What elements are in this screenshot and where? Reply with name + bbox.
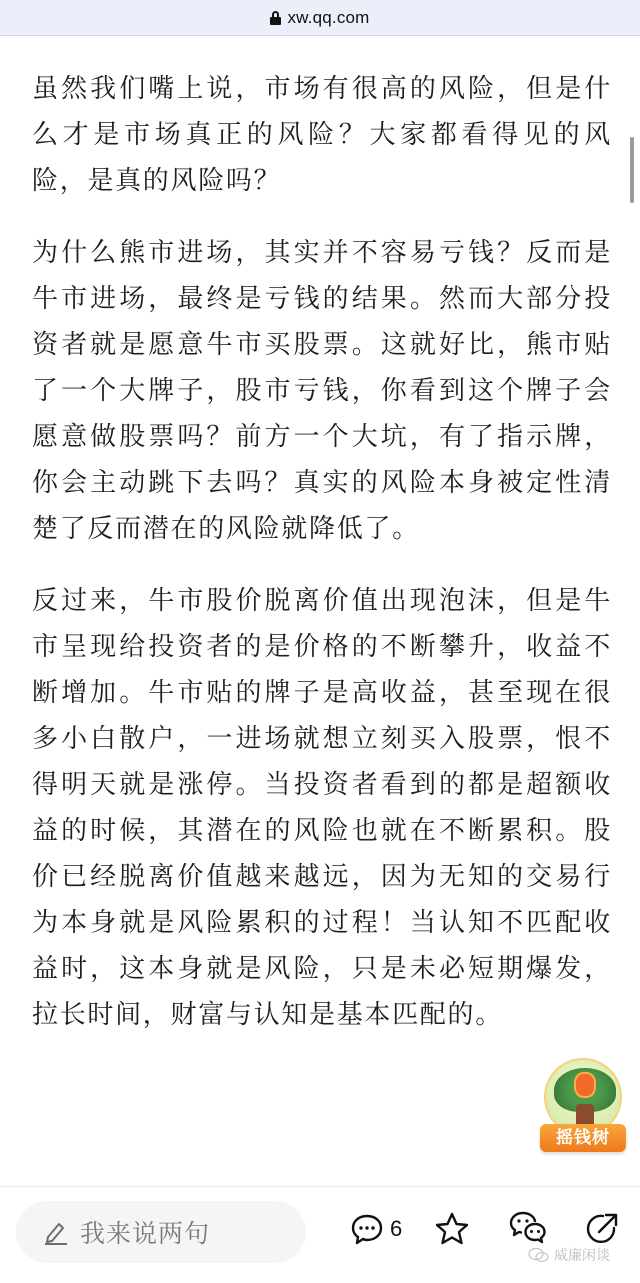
bottom-action-bar: 我来说两句 6 威廉闲谈 — [0, 1186, 640, 1283]
browser-url-bar[interactable]: xw.qq.com — [0, 0, 640, 36]
article-body: 虽然我们嘴上说，市场有很高的风险，但是什么才是市场真正的风险？大家都看得见的风险… — [32, 66, 612, 1064]
wechat-watermark-icon — [528, 1247, 550, 1263]
watermark-text: 威廉闲谈 — [554, 1245, 610, 1265]
pencil-icon — [42, 1219, 68, 1245]
url-text[interactable]: xw.qq.com — [287, 8, 369, 28]
money-tree-label: 摇钱树 — [540, 1124, 626, 1152]
favorite-button[interactable] — [434, 1209, 470, 1249]
watermark: 威廉闲谈 — [528, 1245, 610, 1265]
paragraph: 虽然我们嘴上说，市场有很高的风险，但是什么才是市场真正的风险？大家都看得见的风险… — [32, 66, 612, 204]
paragraph: 反过来，牛市股价脱离价值出现泡沫，但是牛市呈现给投资者的是价格的不断攀升，收益不… — [32, 578, 612, 1038]
wechat-share-button[interactable] — [508, 1209, 548, 1249]
comment-input[interactable]: 我来说两句 — [16, 1201, 306, 1263]
lock-icon — [270, 11, 281, 25]
money-tree-badge[interactable]: 摇钱树 — [540, 1058, 626, 1154]
star-icon — [434, 1211, 470, 1247]
scrollbar[interactable] — [630, 137, 634, 203]
comment-placeholder: 我来说两句 — [80, 1214, 210, 1250]
share-icon — [584, 1211, 620, 1247]
wechat-icon — [508, 1209, 548, 1249]
comment-count: 6 — [390, 1216, 402, 1242]
paragraph: 为什么熊市进场，其实并不容易亏钱？反而是牛市进场，最终是亏钱的结果。然而大部分投… — [32, 230, 612, 552]
share-button[interactable] — [584, 1209, 620, 1249]
comment-button[interactable]: 6 — [350, 1209, 402, 1249]
comment-icon — [350, 1212, 384, 1246]
